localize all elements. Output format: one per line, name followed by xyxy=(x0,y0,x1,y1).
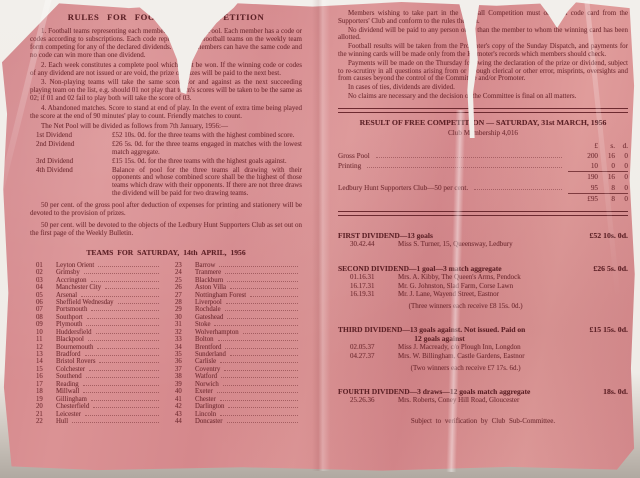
team-name: Gillingham xyxy=(51,396,87,403)
team-name: Exeter xyxy=(190,388,213,395)
team-name: Huddersfield xyxy=(51,329,92,336)
info-paragraph: Payments will be made on the Thursday fo… xyxy=(338,60,628,83)
team-number: 12 xyxy=(36,344,51,351)
info-paragraph: Football results will be taken from the … xyxy=(338,43,628,59)
team-name: Portsmouth xyxy=(51,306,87,313)
team-row: 44Doncaster xyxy=(175,418,300,425)
result-header: RESULT OF FREE COMPETITION — SATURDAY, 3… xyxy=(338,118,628,137)
winner-name: Mrs. Roberts, Coney Hill Road, Glouceste… xyxy=(394,396,519,405)
dividend-header: SECOND DIVIDEND—1 goal—3 match aggregate… xyxy=(338,264,628,273)
team-number: 04 xyxy=(36,284,51,291)
winner-name: Mrs. A. Kibby, The Queen's Arms, Pendock xyxy=(394,273,521,282)
team-row: 23Barrow xyxy=(175,262,300,269)
dot-leader xyxy=(225,348,298,349)
dividend-block: FIRST DIVIDEND—13 goals£52 10s. 0d.30.42… xyxy=(338,231,628,249)
team-number: 18 xyxy=(36,388,51,395)
dot-leader xyxy=(85,415,159,416)
winner-code: 25.26.36 xyxy=(350,396,394,405)
money-row: Ledbury Hunt Supporters Club—50 per cent… xyxy=(338,183,628,193)
team-row: 42Darlington xyxy=(175,403,300,410)
team-name: Chesterfield xyxy=(51,403,89,410)
dot-leader xyxy=(227,422,298,423)
team-number: 26 xyxy=(175,284,190,291)
team-row: 34Brentford xyxy=(175,344,300,351)
teams-column-2: 23Barrow24Tranmere25Blackburn26Aston Vil… xyxy=(175,262,300,426)
team-row: 21Leicester xyxy=(36,411,161,418)
info-paragraph: No claims are necessary and the decision… xyxy=(338,93,628,101)
dividend-amount: £52 10s. 0d. xyxy=(581,231,628,240)
winner-name: Mrs. W. Billingham, Castle Gardens, East… xyxy=(394,352,525,361)
winner-code: 04.27.37 xyxy=(350,352,394,361)
money-amounts: 200160 xyxy=(568,151,628,161)
team-row: 01Leyton Orient xyxy=(36,262,161,269)
member-info-paragraphs: Members wishing to take part in the Foot… xyxy=(338,10,628,101)
dot-leader xyxy=(474,189,562,190)
rules-paragraph: 3. Non-playing teams will take the same … xyxy=(30,79,302,103)
team-number: 43 xyxy=(175,411,190,418)
rules-paragraphs: 1. Football teams representing each memb… xyxy=(30,28,302,121)
dividend-definition-text: £52 10s. 0d. for the three teams with th… xyxy=(112,132,302,140)
dot-leader xyxy=(86,325,159,326)
dividend-definition: 2nd Dividend£26 5s. 0d. for the three te… xyxy=(30,141,302,157)
dividend-definition-text: £26 5s. 0d. for the three teams engaged … xyxy=(112,141,302,157)
team-row: 22Hull xyxy=(36,418,161,425)
team-name: Stoke xyxy=(190,321,210,328)
dividend-definition: 3rd Dividend£15 15s. 0d. for the three t… xyxy=(30,158,302,166)
dot-leader xyxy=(91,281,159,282)
left-page: RULES FOR FOOTBALL COMPETITION 1. Footba… xyxy=(30,12,302,425)
dot-leader xyxy=(217,392,298,393)
winner-name: Mr. G. Johnston, Slad Farm, Corse Lawn xyxy=(394,282,513,291)
money-label: Gross Pool xyxy=(338,151,370,161)
shillings-value: 16 xyxy=(598,172,615,182)
dividend-definition-label: 4th Dividend xyxy=(30,167,112,199)
team-row: 02Grimsby xyxy=(36,269,161,276)
teams-list: 01Leyton Orient02Grimsby03Accrington04Ma… xyxy=(30,262,302,426)
dot-leader xyxy=(220,415,298,416)
dividend-header: THIRD DIVIDEND—13 goals against. Not iss… xyxy=(338,325,628,334)
money-amounts: £9580 xyxy=(568,193,628,204)
dividend-note: (Three winners each receive £8 15s. 0d.) xyxy=(338,302,593,310)
winner-name: Mr. J. Lane, Wayend Street, Eastnor xyxy=(394,290,499,299)
money-label: Printing xyxy=(338,161,361,171)
team-number: 17 xyxy=(36,381,51,388)
dividend-title: SECOND DIVIDEND—1 goal—3 match aggregate xyxy=(338,264,502,273)
team-name: Coventry xyxy=(190,366,220,373)
dot-leader xyxy=(97,348,159,349)
team-name: Hull xyxy=(51,418,68,425)
team-row: 24Tranmere xyxy=(175,269,300,276)
team-name: Gateshead xyxy=(190,314,223,321)
dot-leader xyxy=(91,310,159,311)
winner-row: 01.16.31Mrs. A. Kibby, The Queen's Arms,… xyxy=(338,273,628,282)
dividend-definition-label: 3rd Dividend xyxy=(30,158,112,166)
team-row: 19Gillingham xyxy=(36,396,161,403)
team-number: 32 xyxy=(175,329,190,336)
team-name: Bolton xyxy=(190,336,214,343)
dot-leader xyxy=(227,281,298,282)
team-number: 15 xyxy=(36,366,51,373)
dot-leader xyxy=(83,385,159,386)
dot-leader xyxy=(86,377,159,378)
divider-rule-top xyxy=(338,108,628,113)
team-number: 10 xyxy=(36,329,51,336)
team-row: 30Gateshead xyxy=(175,314,300,321)
team-number: 35 xyxy=(175,351,190,358)
team-name: Bradford xyxy=(51,351,81,358)
dividend-definition-label: 2nd Dividend xyxy=(30,141,112,157)
dividend-definition: 1st Dividend£52 10s. 0d. for the three t… xyxy=(30,132,302,140)
team-name: Barrow xyxy=(190,262,215,269)
team-number: 01 xyxy=(36,262,51,269)
dividend-definition-label: 1st Dividend xyxy=(30,132,112,140)
teams-title: TEAMS FOR SATURDAY, 14th APRIL, 1956 xyxy=(30,248,302,257)
verification-note: Subject to verification by Club Sub-Comm… xyxy=(338,417,628,425)
dividend-amount: £15 15s. 0d. xyxy=(581,325,628,334)
team-row: 11Blackpool xyxy=(36,336,161,343)
dot-leader xyxy=(84,273,159,274)
divider-rule-bottom xyxy=(338,211,628,216)
dot-leader xyxy=(221,377,298,378)
dot-leader xyxy=(98,266,159,267)
team-number: 24 xyxy=(175,269,190,276)
dividend-definitions: 1st Dividend£52 10s. 0d. for the three t… xyxy=(30,132,302,198)
team-number: 07 xyxy=(36,306,51,313)
dividend-title: FIRST DIVIDEND—13 goals xyxy=(338,231,433,240)
team-row: 06Sheffield Wednesday xyxy=(36,299,161,306)
dot-leader xyxy=(220,400,298,401)
team-name: Blackpool xyxy=(51,336,84,343)
team-name: Leyton Orient xyxy=(51,262,94,269)
team-row: 14Bristol Rovers xyxy=(36,358,161,365)
percentage-notes: 50 per cent. of the gross pool after ded… xyxy=(30,202,302,238)
team-name: Southport xyxy=(51,314,83,321)
dividend-definition-text: £15 15s. 0d. for the three teams with th… xyxy=(112,158,302,166)
team-row: 18Millwall xyxy=(36,388,161,395)
money-amounts: 9580 xyxy=(568,183,628,193)
money-amounts: 190160 xyxy=(568,171,628,182)
team-number: 41 xyxy=(175,396,190,403)
pounds-value: £95 xyxy=(568,194,598,204)
dot-leader xyxy=(96,333,160,334)
dividend-results: FIRST DIVIDEND—13 goals£52 10s. 0d.30.42… xyxy=(338,231,628,405)
team-name: Accrington xyxy=(51,277,87,284)
team-row: 37Coventry xyxy=(175,366,300,373)
winner-row: 02.05.37Miss J. Macready, c/o Plough Inn… xyxy=(338,343,628,352)
money-row: £s.d. xyxy=(338,141,628,151)
team-number: 09 xyxy=(36,321,51,328)
dividend-title-line2: 12 goals against xyxy=(338,334,541,343)
pounds-value: 190 xyxy=(568,172,598,182)
team-row: 12Bournemouth xyxy=(36,344,161,351)
winner-row: 04.27.37Mrs. W. Billingham, Castle Garde… xyxy=(338,352,628,361)
team-number: 14 xyxy=(36,358,51,365)
team-name: Reading xyxy=(51,381,79,388)
team-number: 22 xyxy=(36,418,51,425)
team-row: 35Sunderland xyxy=(175,351,300,358)
dot-leader xyxy=(225,310,298,311)
team-number: 27 xyxy=(175,292,190,299)
team-name: Nottingham Forest xyxy=(190,292,246,299)
dot-leader xyxy=(230,355,298,356)
info-paragraph: In cases of ties, dividends are divided. xyxy=(338,84,628,92)
dot-leader xyxy=(214,325,298,326)
dividend-definition-text: Balance of pool for the three teams all … xyxy=(112,167,302,199)
team-row: 08Southport xyxy=(36,314,161,321)
money-label: Ledbury Hunt Supporters Club—50 per cent… xyxy=(338,183,468,193)
team-name: Bristol Rovers xyxy=(51,358,95,365)
dot-leader xyxy=(81,296,159,297)
team-row: 05Arsenal xyxy=(36,292,161,299)
dot-leader xyxy=(230,288,298,289)
team-name: Darlington xyxy=(190,403,224,410)
pool-intro: The Net Pool will be divided as follows … xyxy=(30,123,302,131)
rules-title: RULES FOR FOOTBALL COMPETITION xyxy=(30,12,302,22)
winner-row: 25.26.36Mrs. Roberts, Coney Hill Road, G… xyxy=(338,396,628,405)
team-number: 40 xyxy=(175,388,190,395)
dot-leader xyxy=(93,407,159,408)
pool-accounts-table: £s.d.Gross Pool200160Printing1000190160L… xyxy=(338,141,628,204)
team-number: 16 xyxy=(36,373,51,380)
dot-leader xyxy=(227,318,298,319)
dot-leader xyxy=(226,303,298,304)
winner-name: Miss S. Turner, 15, Queensway, Ledbury xyxy=(394,240,513,249)
pence-value: 0 xyxy=(615,194,628,204)
dividend-block: FOURTH DIVIDEND—3 draws—12 goals match a… xyxy=(338,387,628,405)
dividend-note: (Two winners each receive £7 17s. 6d.) xyxy=(338,364,593,372)
team-row: 10Huddersfield xyxy=(36,329,161,336)
team-number: 30 xyxy=(175,314,190,321)
pence-value: 0 xyxy=(615,172,628,182)
dot-leader xyxy=(118,303,159,304)
team-row: 16Southend xyxy=(36,373,161,380)
result-title: RESULT OF FREE COMPETITION — SATURDAY, 3… xyxy=(338,118,628,127)
pence-value: 0 xyxy=(615,151,628,161)
team-number: 29 xyxy=(175,306,190,313)
pence-value: 0 xyxy=(615,183,628,193)
team-number: 19 xyxy=(36,396,51,403)
dividend-title: FOURTH DIVIDEND—3 draws—12 goals match a… xyxy=(338,387,530,396)
dividend-amount: 18s. 0d. xyxy=(595,387,628,396)
dividend-header: FIRST DIVIDEND—13 goals£52 10s. 0d. xyxy=(338,231,628,240)
team-name: Arsenal xyxy=(51,292,77,299)
team-name: Southend xyxy=(51,373,82,380)
team-name: Aston Villa xyxy=(190,284,226,291)
dot-leader xyxy=(83,392,159,393)
pounds-value: 10 xyxy=(568,161,598,171)
dot-leader xyxy=(91,400,159,401)
dot-leader xyxy=(219,266,298,267)
team-row: 36Carlisle xyxy=(175,358,300,365)
dividend-amount: £26 5s. 0d. xyxy=(585,264,628,273)
winner-code: 02.05.37 xyxy=(350,343,394,352)
team-name: Liverpool xyxy=(190,299,222,306)
team-name: Millwall xyxy=(51,388,79,395)
money-row: 190160 xyxy=(338,171,628,182)
team-number: 11 xyxy=(36,336,51,343)
team-row: 43Lincoln xyxy=(175,411,300,418)
team-row: 09Plymouth xyxy=(36,321,161,328)
rules-paragraph: 2. Each week constitutes a complete pool… xyxy=(30,62,302,78)
team-row: 25Blackburn xyxy=(175,277,300,284)
dividend-definition: 4th DividendBalance of pool for the thre… xyxy=(30,167,302,199)
team-name: Wolverhampton xyxy=(190,329,239,336)
dot-leader xyxy=(243,333,298,334)
teams-column-1: 01Leyton Orient02Grimsby03Accrington04Ma… xyxy=(36,262,161,426)
dot-leader xyxy=(89,370,159,371)
winner-code: 30.42.44 xyxy=(350,240,394,249)
team-name: Blackburn xyxy=(190,277,223,284)
shillings-value: 8 xyxy=(598,183,615,193)
team-row: 41Chester xyxy=(175,396,300,403)
dot-leader xyxy=(376,157,562,158)
winner-row: 16.19.31Mr. J. Lane, Wayend Street, East… xyxy=(338,290,628,299)
team-number: 20 xyxy=(36,403,51,410)
team-row: 31Stoke xyxy=(175,321,300,328)
team-name: Norwich xyxy=(190,381,219,388)
percentage-note: 50 per cent. of the gross pool after ded… xyxy=(30,202,302,218)
team-number: 37 xyxy=(175,366,190,373)
team-number: 42 xyxy=(175,403,190,410)
team-row: 15Colchester xyxy=(36,366,161,373)
money-amounts: £s.d. xyxy=(568,141,628,151)
winner-row: 16.17.31Mr. G. Johnston, Slad Farm, Cors… xyxy=(338,282,628,291)
team-row: 38Watford xyxy=(175,373,300,380)
rules-paragraph: 4. Abandoned matches. Score to stand at … xyxy=(30,105,302,121)
rules-paragraph: 1. Football teams representing each memb… xyxy=(30,28,302,60)
team-name: Carlisle xyxy=(190,358,216,365)
team-number: 34 xyxy=(175,344,190,351)
dot-leader xyxy=(87,318,159,319)
team-name: Rochdale xyxy=(190,306,221,313)
dot-leader xyxy=(223,385,298,386)
team-name: Sheffield Wednesday xyxy=(51,299,114,306)
info-paragraph: Members wishing to take part in the Foot… xyxy=(338,10,628,26)
pounds-value: 95 xyxy=(568,183,598,193)
team-row: 39Norwich xyxy=(175,381,300,388)
dot-leader xyxy=(88,340,159,341)
dot-leader xyxy=(367,167,562,168)
team-name: Leicester xyxy=(51,411,81,418)
team-number: 36 xyxy=(175,358,190,365)
winner-name: Miss J. Macready, c/o Plough Inn, Longdo… xyxy=(394,343,521,352)
team-name: Grimsby xyxy=(51,269,80,276)
team-number: 33 xyxy=(175,336,190,343)
team-row: 26Aston Villa xyxy=(175,284,300,291)
dot-leader xyxy=(218,340,298,341)
team-number: 05 xyxy=(36,292,51,299)
team-row: 07Portsmouth xyxy=(36,306,161,313)
info-paragraph: No dividend will be paid to any person o… xyxy=(338,27,628,43)
team-name: Tranmere xyxy=(190,269,221,276)
team-row: 28Liverpool xyxy=(175,299,300,306)
team-row: 04Manchester City xyxy=(36,284,161,291)
dividend-block: SECOND DIVIDEND—1 goal—3 match aggregate… xyxy=(338,264,628,310)
team-number: 03 xyxy=(36,277,51,284)
team-name: Plymouth xyxy=(51,321,82,328)
money-row: Printing1000 xyxy=(338,161,628,171)
pence-value: d. xyxy=(615,141,628,151)
money-amounts: 1000 xyxy=(568,161,628,171)
percentage-note: 50 per cent. will be devoted to the obje… xyxy=(30,222,302,238)
team-number: 39 xyxy=(175,381,190,388)
pounds-value: 200 xyxy=(568,151,598,161)
membership-line: Club Membership 4,016 xyxy=(338,129,628,137)
team-number: 13 xyxy=(36,351,51,358)
team-name: Sunderland xyxy=(190,351,226,358)
dot-leader xyxy=(224,370,298,371)
team-row: 40Exeter xyxy=(175,388,300,395)
team-number: 28 xyxy=(175,299,190,306)
money-row: £9580 xyxy=(338,193,628,204)
team-row: 13Bradford xyxy=(36,351,161,358)
dot-leader xyxy=(225,273,298,274)
team-name: Brentford xyxy=(190,344,221,351)
shillings-value: 0 xyxy=(598,161,615,171)
dividend-title: THIRD DIVIDEND—13 goals against. Not iss… xyxy=(338,325,525,334)
team-number: 25 xyxy=(175,277,190,284)
right-page: Members wishing to take part in the Foot… xyxy=(338,10,628,432)
shillings-value: s. xyxy=(598,141,615,151)
team-number: 02 xyxy=(36,269,51,276)
dot-leader xyxy=(228,407,298,408)
winner-code: 01.16.31 xyxy=(350,273,394,282)
dot-leader xyxy=(99,362,159,363)
team-name: Bournemouth xyxy=(51,344,93,351)
winner-row: 30.42.44Miss S. Turner, 15, Queensway, L… xyxy=(338,240,628,249)
dot-leader xyxy=(85,355,159,356)
dot-leader xyxy=(72,422,159,423)
team-row: 27Nottingham Forest xyxy=(175,292,300,299)
team-row: 29Rochdale xyxy=(175,306,300,313)
team-name: Colchester xyxy=(51,366,85,373)
team-number: 38 xyxy=(175,373,190,380)
shillings-value: 16 xyxy=(598,151,615,161)
team-name: Lincoln xyxy=(190,411,216,418)
dot-leader xyxy=(105,288,159,289)
team-number: 23 xyxy=(175,262,190,269)
dividend-header: FOURTH DIVIDEND—3 draws—12 goals match a… xyxy=(338,387,628,396)
team-name: Doncaster xyxy=(190,418,223,425)
dividend-block: THIRD DIVIDEND—13 goals against. Not iss… xyxy=(338,325,628,372)
money-row: Gross Pool200160 xyxy=(338,151,628,161)
team-row: 20Chesterfield xyxy=(36,403,161,410)
winner-code: 16.19.31 xyxy=(350,290,394,299)
pounds-value: £ xyxy=(568,141,598,151)
team-row: 32Wolverhampton xyxy=(175,329,300,336)
team-number: 31 xyxy=(175,321,190,328)
pence-value: 0 xyxy=(615,161,628,171)
team-number: 06 xyxy=(36,299,51,306)
team-number: 44 xyxy=(175,418,190,425)
team-row: 17Reading xyxy=(36,381,161,388)
team-name: Manchester City xyxy=(51,284,101,291)
team-row: 33Bolton xyxy=(175,336,300,343)
team-name: Chester xyxy=(190,396,216,403)
team-number: 08 xyxy=(36,314,51,321)
team-name: Watford xyxy=(190,373,217,380)
winner-code: 16.17.31 xyxy=(350,282,394,291)
team-number: 21 xyxy=(36,411,51,418)
dot-leader xyxy=(250,296,298,297)
dot-leader xyxy=(220,362,298,363)
shillings-value: 8 xyxy=(598,194,615,204)
team-row: 03Accrington xyxy=(36,277,161,284)
